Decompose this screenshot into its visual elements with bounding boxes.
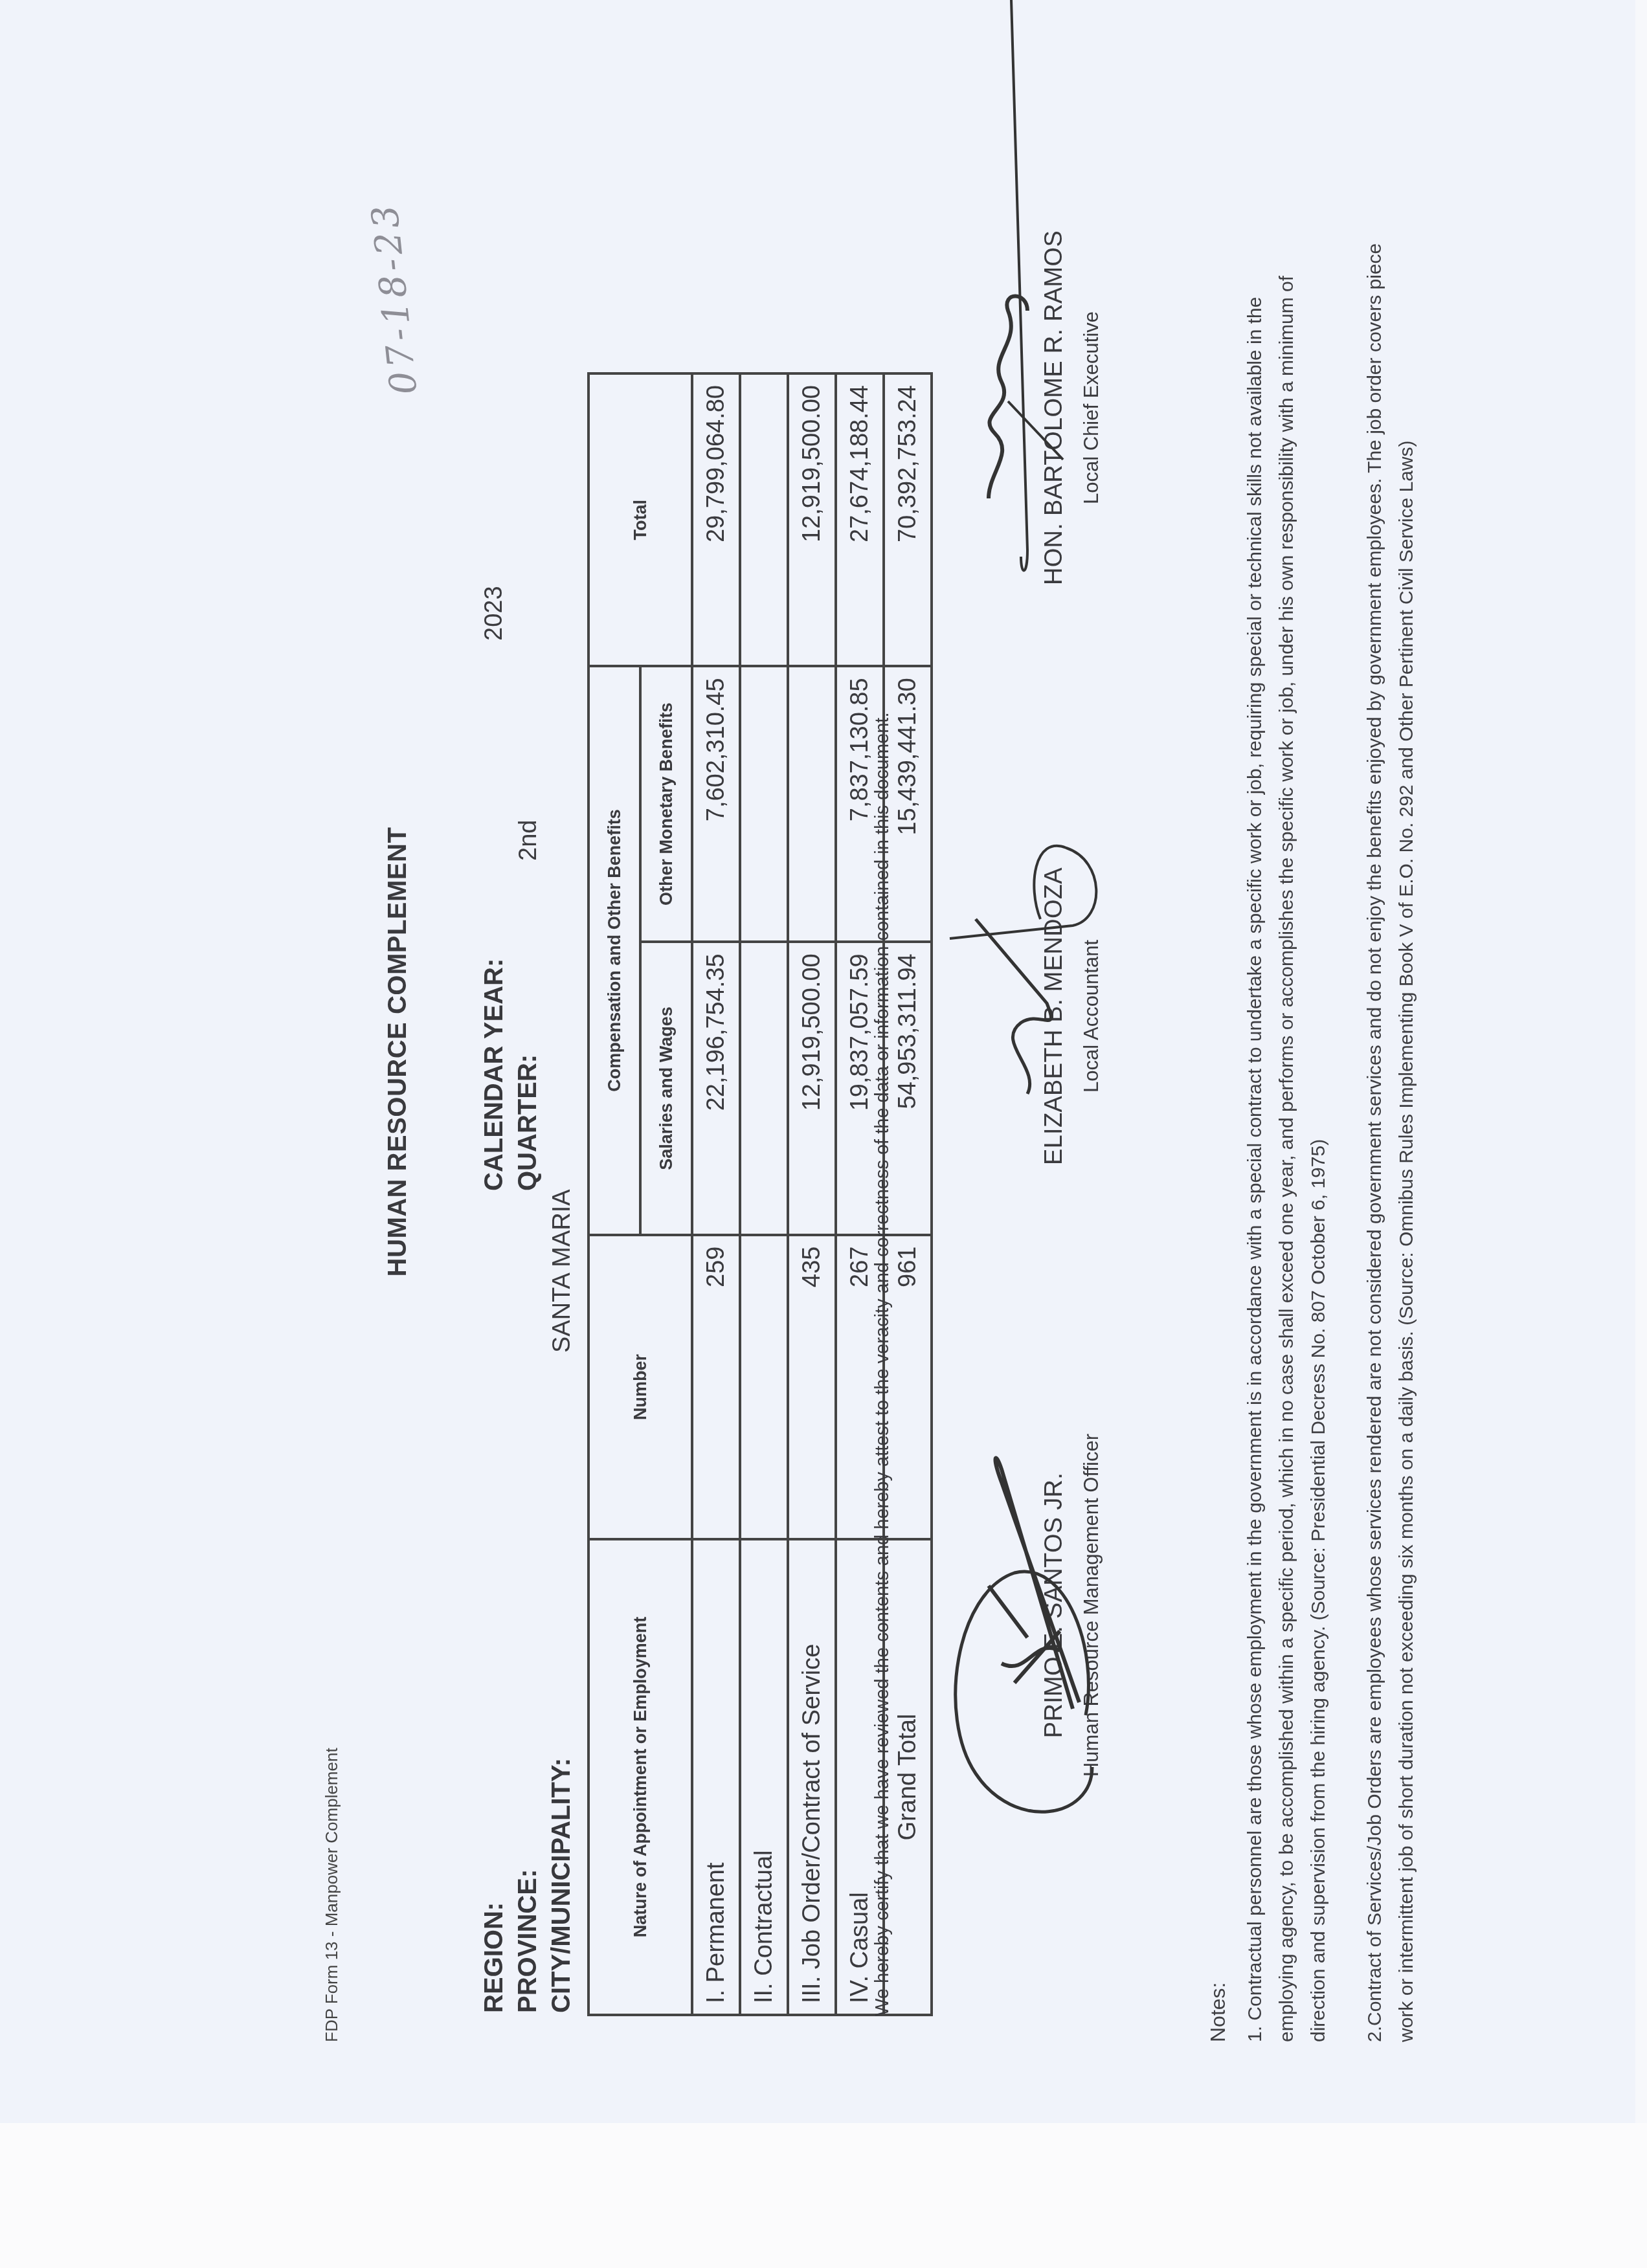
signatory-hrmo: PRIMO E. SANTOS JR. Human Resource Manag… [1040, 1379, 1103, 1832]
cell-nature: II. Contractual [740, 1539, 788, 2015]
handwritten-date: 07-18-23 [364, 199, 426, 397]
cell-salaries [740, 942, 788, 1234]
note-item: 1. Contractual personnel are those whose… [1239, 230, 1334, 2042]
scanner-edge-right [1635, 0, 1647, 2123]
calendar-year-value: 2023 [477, 586, 511, 641]
notes-section: Notes: 1. Contractual personnel are thos… [1202, 230, 1447, 2042]
table-row: I. Permanent 259 22,196,754.35 7,602,310… [692, 373, 740, 2015]
city-value: SANTA MARIA [545, 1189, 579, 1353]
signatory-title: Human Resource Management Officer [1080, 1379, 1103, 1832]
location-labels: REGION: PROVINCE: CITY/MUNICIPALITY: [477, 1758, 578, 2013]
cell-number: 435 [788, 1235, 836, 1540]
table-row: II. Contractual [740, 373, 788, 2015]
quarter-value: 2nd [511, 820, 545, 861]
grand-total-total: 70,392,753.24 [884, 373, 932, 666]
cell-other-benefits [740, 666, 788, 942]
certification-statement: We hereby certify that we have reviewed … [872, 713, 893, 2016]
cell-total: 29,799,064.80 [692, 373, 740, 666]
cell-salaries: 22,196,754.35 [692, 942, 740, 1234]
signatory-accountant: ELIZABETH B. MENDOZA Local Accountant [1040, 790, 1103, 1243]
signatory-name: ELIZABETH B. MENDOZA [1040, 790, 1068, 1243]
calendar-year-label: CALENDAR YEAR: [477, 959, 511, 1191]
header-total: Total [588, 373, 692, 666]
cell-total [740, 373, 788, 666]
city-label: CITY/MUNICIPALITY: [544, 1758, 578, 2013]
header-other-benefits: Other Monetary Benefits [640, 666, 692, 942]
header-salaries: Salaries and Wages [640, 942, 692, 1234]
cell-nature: III. Job Order/Contract of Service [788, 1539, 836, 2015]
header-number: Number [588, 1235, 692, 1540]
note-item: 2.Contract of Services/Job Orders are em… [1359, 230, 1422, 2042]
period-labels: CALENDAR YEAR: QUARTER: [477, 959, 544, 1191]
cell-number [740, 1235, 788, 1540]
cell-total: 12,919,500.00 [788, 373, 836, 666]
cell-number: 259 [692, 1235, 740, 1540]
signatory-name: HON. BARTOLOME R. RAMOS [1040, 181, 1068, 634]
cell-other-benefits: 7,602,310.45 [692, 666, 740, 942]
form-sheet: FDP Form 13 - Manpower Complement HUMAN … [128, 0, 1519, 2104]
header-nature: Nature of Appointment or Employment [588, 1539, 692, 2015]
cell-total: 27,674,188.44 [836, 373, 884, 666]
signatory-name: PRIMO E. SANTOS JR. [1040, 1379, 1068, 1832]
cell-nature: I. Permanent [692, 1539, 740, 2015]
scanner-edge-strip [0, 2123, 1647, 2268]
cell-other-benefits [788, 666, 836, 942]
notes-title: Notes: [1202, 230, 1234, 2042]
signatory-title: Local Accountant [1080, 790, 1103, 1243]
table-row: III. Job Order/Contract of Service 435 1… [788, 373, 836, 2015]
province-label: PROVINCE: [511, 1758, 544, 2013]
cell-salaries: 12,919,500.00 [788, 942, 836, 1234]
quarter-label: QUARTER: [511, 959, 544, 1191]
signatory-lce: HON. BARTOLOME R. RAMOS Local Chief Exec… [1040, 181, 1103, 634]
signatory-title: Local Chief Executive [1080, 181, 1103, 634]
header-compensation: Compensation and Other Benefits [588, 666, 640, 1234]
region-label: REGION: [477, 1758, 511, 2013]
form-id: FDP Form 13 - Manpower Complement [322, 1748, 342, 2042]
